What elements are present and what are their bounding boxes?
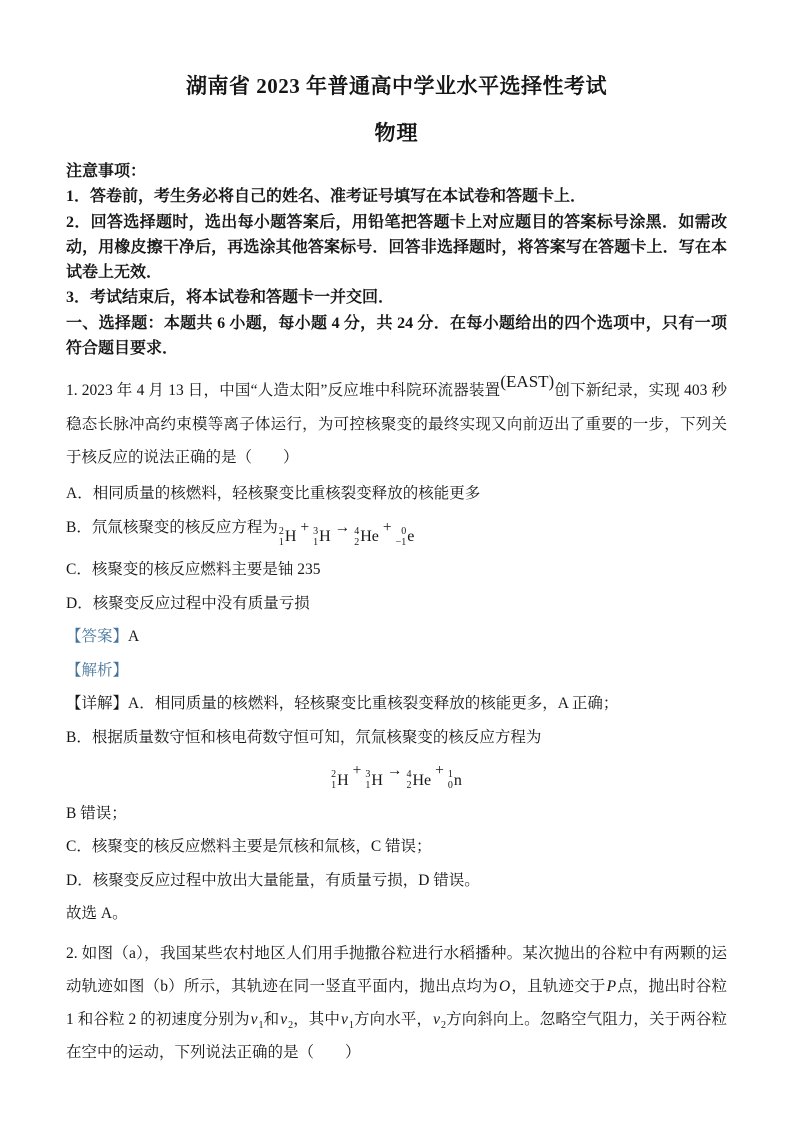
detail-line-4: C．核聚变的核反应燃料主要是氘核和氚核，C 错误； xyxy=(66,836,727,858)
section-heading: 一、选择题：本题共 6 小题，每小题 4 分，共 24 分．在每小题给出的四个选… xyxy=(66,311,727,362)
question-1-option-b: B．氘氚核聚变的核反应方程为21H+31H→42He+0−1e xyxy=(66,517,727,549)
question-1-option-c: C．核聚变的核反应燃料主要是铀 235 xyxy=(66,559,727,581)
detail-line-2: B．根据质量数守恒和核电荷数守恒可知，氘氚核聚变的核反应方程为 xyxy=(66,727,727,749)
detail-line-3: B 错误； xyxy=(66,803,727,825)
answer-line: 【答案】A xyxy=(66,626,727,648)
analysis-label: 【解析】 xyxy=(66,662,128,679)
question-1-option-a: A．相同质量的核燃料，轻核聚变比重核裂变释放的核能更多 xyxy=(66,483,727,505)
question-2-stem: 2. 如图（a），我国某些农村地区人们用手抛撒谷粒进行水稻播种。某次抛出的谷粒中… xyxy=(66,937,727,1069)
detail-line-6: 故选 A。 xyxy=(66,903,727,925)
notice-heading: 注意事项： xyxy=(66,159,727,184)
detail-line-5: D．核聚变反应过程中放出大量能量，有质量亏损，D 错误。 xyxy=(66,870,727,892)
question-1-options: A．相同质量的核燃料，轻核聚变比重核裂变释放的核能更多 B．氘氚核聚变的核反应方… xyxy=(66,483,727,615)
detail-line-1: 【详解】A．相同质量的核燃料，轻核聚变比重核裂变释放的核能更多，A 正确； xyxy=(66,693,727,715)
nuclear-equation-option-b: 21H+31H→42He+0−1e xyxy=(278,519,416,536)
answer-label: 【答案】 xyxy=(66,628,128,645)
option-b-text: B．氘氚核聚变的核反应方程为 xyxy=(66,519,278,536)
document-page: 湖南省 2023 年普通高中学业水平选择性考试 物理 注意事项： 1．答卷前，考… xyxy=(0,0,793,1122)
notice-item-1: 1．答卷前，考生务必将自己的姓名、准考证号填写在本试卷和答题卡上． xyxy=(66,184,727,209)
question-1-stem: 1. 2023 年 4 月 13 日，中国“人造太阳”反应堆中科院环流器装置(E… xyxy=(66,372,727,474)
notice-item-2: 2．回答选择题时，选出每小题答案后，用铅笔把答题卡上对应题目的答案标号涂黑．如需… xyxy=(66,210,727,286)
exam-subject: 物理 xyxy=(66,117,727,147)
analysis-line: 【解析】 xyxy=(66,660,727,682)
exam-title: 湖南省 2023 年普通高中学业水平选择性考试 xyxy=(66,70,727,100)
nuclear-equation-display: 21H+31H→42He+10n xyxy=(66,760,727,792)
answer-value: A xyxy=(128,628,139,645)
notice-item-3: 3．考试结束后，将本试卷和答题卡一并交回． xyxy=(66,285,727,310)
question-1-option-d: D．核聚变反应过程中没有质量亏损 xyxy=(66,593,727,615)
